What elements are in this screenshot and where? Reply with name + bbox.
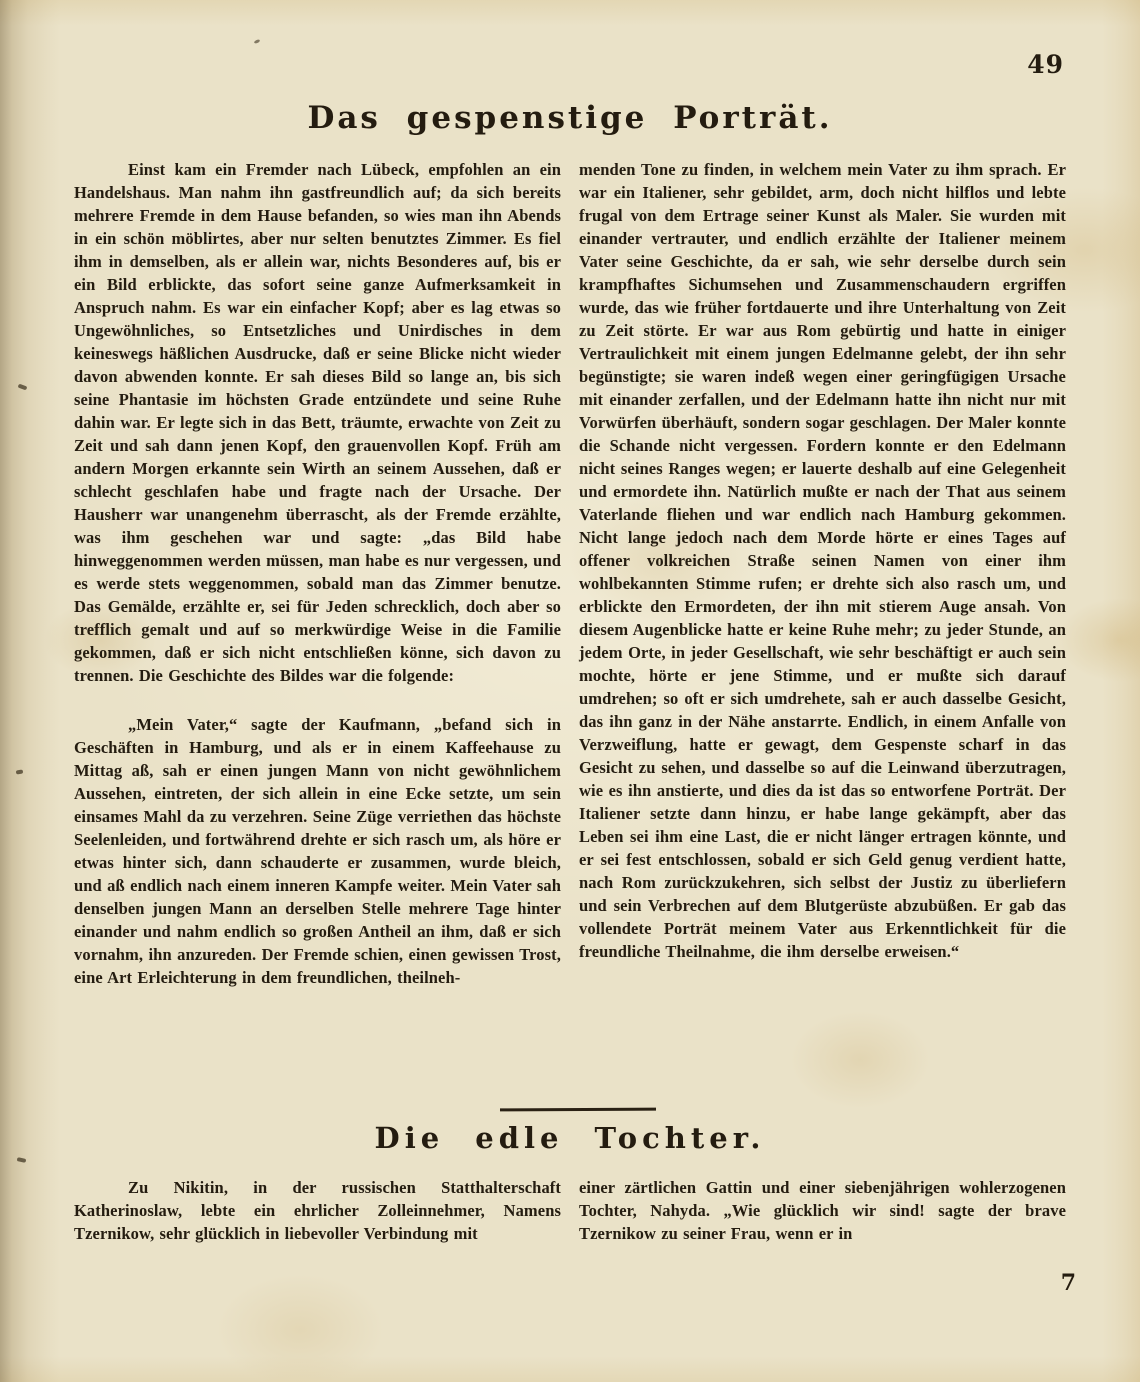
story1-left-column: Einst kam ein Fremder nach Lübeck, empfo… [74, 158, 561, 989]
story1-paragraph-2: „Mein Vater,“ sagte der Kaufmann, „befan… [74, 713, 561, 989]
page-number: 49 [1027, 50, 1064, 79]
margin-mark [18, 384, 28, 391]
ink-speck [254, 39, 261, 44]
story1-columns: Einst kam ein Fremder nach Lübeck, empfo… [74, 158, 1066, 989]
section-divider-rule [500, 1108, 656, 1112]
printer-signature-mark: 7 [1061, 1270, 1076, 1296]
story2-left-column: Zu Nikitin, in der russischen Statthalte… [74, 1176, 561, 1245]
margin-mark [17, 1157, 27, 1163]
story1-paragraph-2-continued: menden Tone zu finden, in welchem mein V… [579, 158, 1066, 963]
story2-right-column: einer zärtlichen Gattin und einer sieben… [579, 1176, 1066, 1245]
margin-mark [16, 770, 23, 775]
story2-paragraph-1-continued: einer zärtlichen Gattin und einer sieben… [579, 1176, 1066, 1245]
story2-title: Die edle Tochter. [0, 1121, 1140, 1155]
book-page: 49 Das gespenstige Porträt. Einst kam ei… [0, 0, 1140, 1382]
story1-right-column: menden Tone zu finden, in welchem mein V… [579, 158, 1066, 989]
story1-paragraph-1: Einst kam ein Fremder nach Lübeck, empfo… [74, 158, 561, 687]
story2-columns: Zu Nikitin, in der russischen Statthalte… [74, 1176, 1066, 1245]
story2-paragraph-1: Zu Nikitin, in der russischen Statthalte… [74, 1176, 561, 1245]
story1-title: Das gespenstige Porträt. [0, 100, 1140, 136]
